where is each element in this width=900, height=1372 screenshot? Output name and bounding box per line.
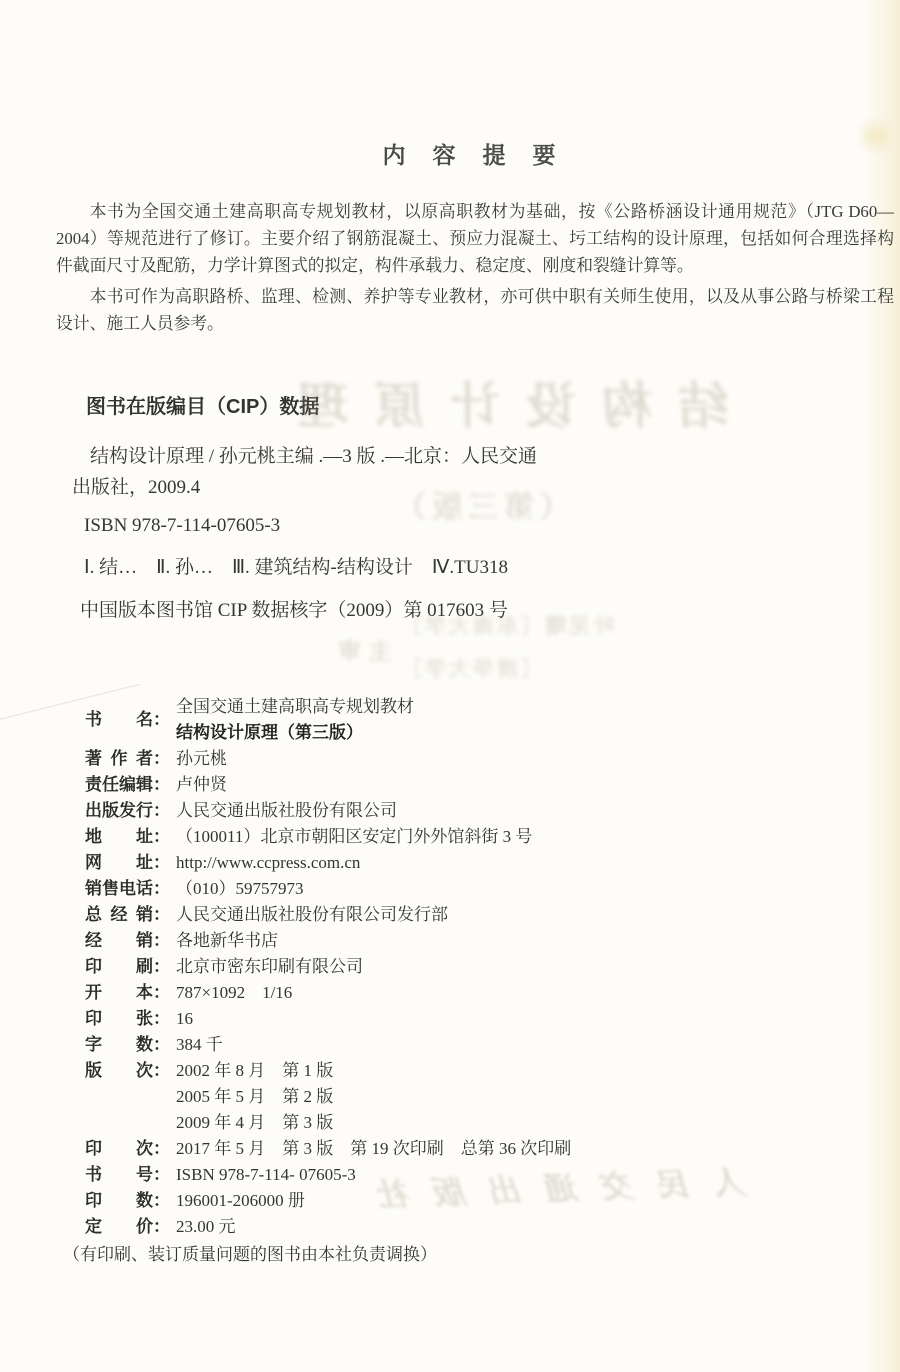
row-colon: ： (153, 1214, 170, 1240)
ghost-reviewer-line-2: ［清华大学］ (398, 653, 542, 683)
row-colon: ： (153, 707, 170, 733)
retailer-name: 各地新华书店 (176, 928, 278, 954)
row-label: 印次 (85, 1136, 153, 1162)
row-printer: 印刷： 北京市密东印刷有限公司 (85, 954, 900, 980)
summary-paragraph-1: 本书为全国交通土建高职高专规划教材，以原高职教材为基础，按《公路桥涵设计通用规范… (56, 198, 894, 279)
row-word-count: 字数： 384 千 (85, 1032, 900, 1058)
summary-title: 内 容 提 要 (40, 142, 900, 168)
row-label: 责任编辑 (85, 772, 153, 798)
row-label: 著作者 (85, 746, 153, 772)
row-colon: ： (153, 876, 170, 902)
row-colon: ： (153, 1162, 170, 1188)
publisher-address: （100011）北京市朝阳区安定门外外馆斜街 3 号 (176, 824, 532, 850)
row-label: 书号 (85, 1162, 153, 1188)
row-edition: 版次： 2002 年 8 月 第 1 版 2005 年 5 月 第 2 版 20… (85, 1058, 900, 1136)
price-value: 23.00 元 (176, 1214, 236, 1240)
book-title: 结构设计原理（第三版） (176, 720, 414, 746)
row-colon: ： (153, 1188, 170, 1214)
row-label: 经销 (85, 928, 153, 954)
cip-isbn: ISBN 978-7-114-07605-3 (84, 513, 900, 539)
printer-name: 北京市密东印刷有限公司 (176, 954, 363, 980)
quality-exchange-note: （有印刷、装订质量问题的图书由本社负责调换） (63, 1242, 900, 1268)
row-colon: ： (153, 746, 170, 772)
row-label: 印张 (85, 1006, 153, 1032)
distributor-name: 人民交通出版社股份有限公司发行部 (176, 902, 448, 928)
cip-header: 图书在版编目（CIP）数据 (86, 394, 900, 420)
row-colon: ： (153, 1136, 170, 1162)
row-colon: ： (153, 1006, 170, 1032)
row-editor: 责任编辑： 卢仲贤 (85, 772, 900, 798)
row-colon: ： (153, 798, 170, 824)
edition-3: 2009 年 4 月 第 3 版 (176, 1110, 333, 1136)
row-book-title-values: 全国交通土建高职高专规划教材 结构设计原理（第三版） (176, 694, 414, 746)
content-summary-section: 内 容 提 要 本书为全国交通土建高职高专规划教材，以原高职教材为基础，按《公路… (0, 142, 900, 337)
row-book-title: 书名： 全国交通土建高职高专规划教材 结构设计原理（第三版） (85, 694, 900, 746)
row-label: 销售电话 (85, 876, 153, 902)
cip-record-number: 中国版本图书馆 CIP 数据核字（2009）第 017603 号 (80, 598, 900, 624)
cip-section: 图书在版编目（CIP）数据 结构设计原理 / 孙元桃主编 .—3 版 .—北京：… (72, 394, 900, 624)
row-sheets: 印张： 16 (85, 1006, 900, 1032)
row-price: 定价： 23.00 元 (85, 1214, 900, 1240)
publisher-website: http://www.ccpress.com.cn (176, 850, 360, 876)
format-value: 787×1092 1/16 (176, 980, 292, 1006)
book-isbn: ISBN 978-7-114- 07605-3 (176, 1162, 356, 1188)
cip-classification: Ⅰ. 结… Ⅱ. 孙… Ⅲ. 建筑结构-结构设计 Ⅳ.TU318 (84, 555, 900, 581)
row-print-run: 印数： 196001-206000 册 (85, 1188, 900, 1214)
word-count-value: 384 千 (176, 1032, 223, 1058)
row-colon: ： (153, 902, 170, 928)
sales-phone-number: （010）59757973 (176, 876, 304, 902)
sheets-value: 16 (176, 1006, 193, 1032)
row-address: 地址： （100011）北京市朝阳区安定门外外馆斜街 3 号 (85, 824, 900, 850)
edition-2: 2005 年 5 月 第 2 版 (176, 1084, 333, 1110)
row-label: 出版发行 (85, 798, 153, 824)
row-label: 印刷 (85, 954, 153, 980)
row-website: 网址： http://www.ccpress.com.cn (85, 850, 900, 876)
row-publisher: 出版发行： 人民交通出版社股份有限公司 (85, 798, 900, 824)
row-format: 开本： 787×1092 1/16 (85, 980, 900, 1006)
row-book-number: 书号： ISBN 978-7-114- 07605-3 (85, 1162, 900, 1188)
scanned-copyright-page: 结构设计原理 （第三版） 主审 叶见曙［东南大学］ ［清华大学］ 人民交通出版社… (0, 0, 900, 1372)
cip-entry-line-2: 出版社，2009.4 (72, 475, 900, 501)
row-impression: 印次： 2017 年 5 月 第 3 版 第 19 次印刷 总第 36 次印刷 (85, 1136, 900, 1162)
row-colon: ： (153, 1032, 170, 1058)
edition-history: 2002 年 8 月 第 1 版 2005 年 5 月 第 2 版 2009 年… (176, 1058, 333, 1136)
editor-name: 卢仲贤 (176, 772, 227, 798)
row-label: 地址 (85, 824, 153, 850)
scan-stain (854, 116, 898, 156)
row-colon: ： (153, 954, 170, 980)
row-colon: ： (153, 928, 170, 954)
row-label: 字数 (85, 1032, 153, 1058)
summary-paragraph-2: 本书可作为高职路桥、监理、检测、养护等专业教材，亦可供中职有关师生使用，以及从事… (56, 283, 894, 337)
row-author: 著作者： 孙元桃 (85, 746, 900, 772)
summary-body: 本书为全国交通土建高职高专规划教材，以原高职教材为基础，按《公路桥涵设计通用规范… (56, 198, 894, 337)
print-run-value: 196001-206000 册 (176, 1188, 305, 1214)
row-label: 印数 (85, 1188, 153, 1214)
cip-entry-line-1: 结构设计原理 / 孙元桃主编 .—3 版 .—北京：人民交通 (90, 444, 900, 470)
edition-1: 2002 年 8 月 第 1 版 (176, 1058, 333, 1084)
row-label: 总经销 (85, 902, 153, 928)
row-book-title-label-wrap: 书名： (85, 707, 176, 733)
row-label: 版次 (85, 1058, 153, 1084)
row-label: 书名 (85, 707, 153, 733)
row-distributor: 总经销： 人民交通出版社股份有限公司发行部 (85, 902, 900, 928)
colophon-section: 书名： 全国交通土建高职高专规划教材 结构设计原理（第三版） 著作者： 孙元桃 … (85, 694, 900, 1268)
row-label: 网址 (85, 850, 153, 876)
row-colon: ： (153, 772, 170, 798)
impression-value: 2017 年 5 月 第 3 版 第 19 次印刷 总第 36 次印刷 (176, 1136, 571, 1162)
row-retailer: 经销： 各地新华书店 (85, 928, 900, 954)
row-label: 定价 (85, 1214, 153, 1240)
row-colon: ： (153, 980, 170, 1006)
row-label: 开本 (85, 980, 153, 1006)
row-sales-phone: 销售电话： （010）59757973 (85, 876, 900, 902)
row-colon: ： (153, 1058, 170, 1084)
author-name: 孙元桃 (176, 746, 227, 772)
publisher-name: 人民交通出版社股份有限公司 (176, 798, 397, 824)
row-colon: ： (153, 850, 170, 876)
series-title: 全国交通土建高职高专规划教材 (176, 694, 414, 720)
ghost-reviewer-label: 主审 (330, 633, 392, 666)
row-colon: ： (153, 824, 170, 850)
